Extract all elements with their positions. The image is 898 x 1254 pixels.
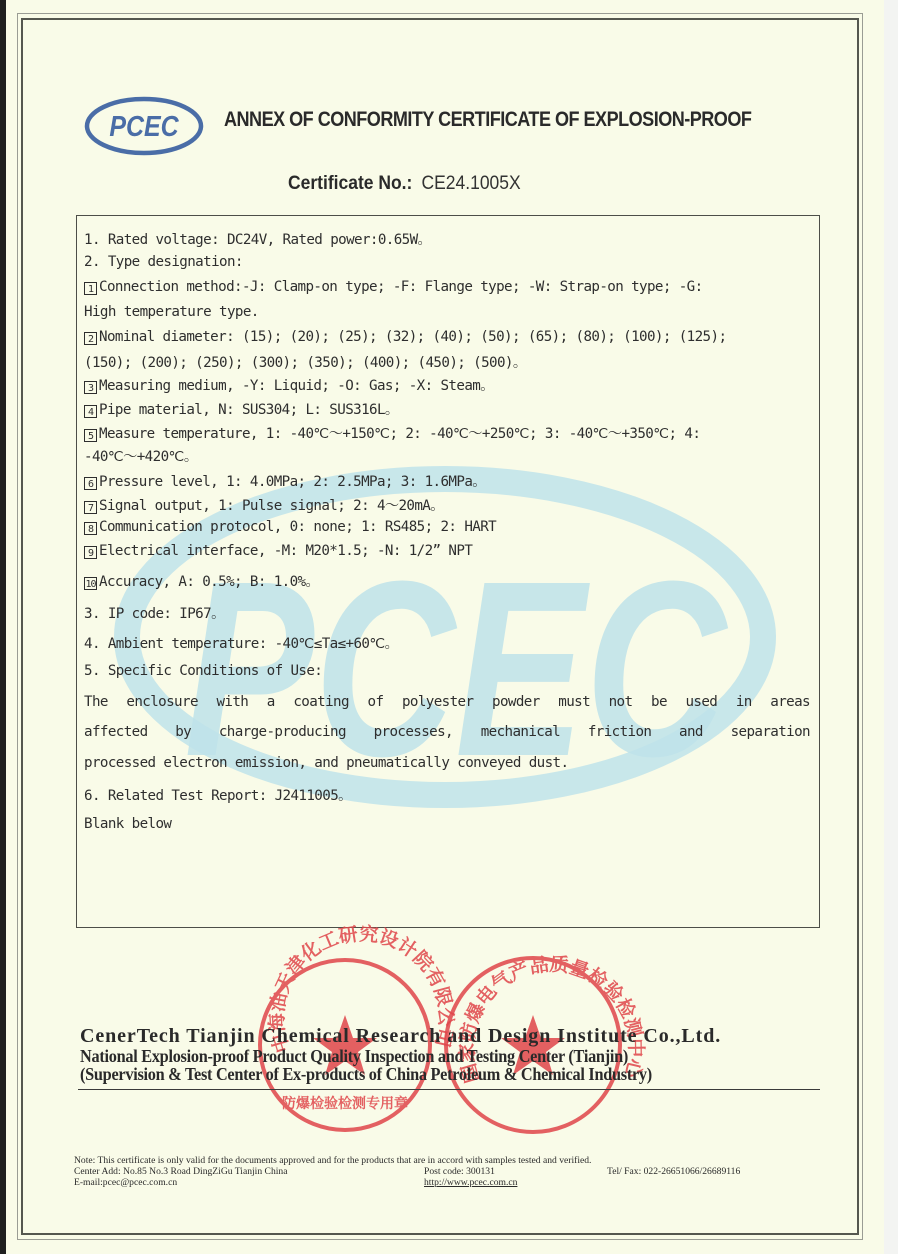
designation-accuracy: 10Accuracy, A: 0.5%; B: 1.0%。	[84, 571, 319, 591]
designation-measure-temperature: 5Measure temperature, 1: -40℃～+150℃; 2: …	[84, 423, 700, 443]
specific-conditions-text-3: processed electron emission, and pneumat…	[84, 755, 568, 771]
number-box-icon: 5	[84, 429, 97, 442]
blank-below-note: Blank below	[84, 816, 171, 832]
specific-conditions-heading: 5. Specific Conditions of Use:	[84, 663, 322, 679]
number-box-icon: 1	[84, 282, 97, 295]
number-box-icon: 7	[84, 501, 97, 514]
email: E-mail:pcec@pcec.com.cn	[74, 1177, 177, 1188]
validity-note: Note: This certificate is only valid for…	[74, 1155, 591, 1166]
certificate-number-row: Certificate No.:CE24.1005X	[288, 173, 521, 195]
designation-nominal-diameter: 2Nominal diameter: (15); (20); (25); (32…	[84, 329, 726, 345]
logo-text: PCEC	[109, 110, 179, 142]
ambient-temperature-line: 4. Ambient temperature: -40℃≤Ta≤+60℃。	[84, 633, 398, 653]
designation-connection-method-cont: High temperature type.	[84, 304, 259, 320]
designation-pipe-material: 4Pipe material, N: SUS304; L: SUS316L。	[84, 399, 399, 419]
specific-conditions-text-2: affected by charge-producing processes, …	[84, 724, 810, 740]
number-box-icon: 9	[84, 546, 97, 559]
pcec-logo-icon: PCEC	[83, 96, 205, 156]
number-box-icon: 10	[84, 577, 97, 590]
designation-measuring-medium: 3Measuring medium, -Y: Liquid; -O: Gas; …	[84, 375, 494, 395]
website-link[interactable]: http://www.pcec.com.cn	[424, 1177, 517, 1188]
certificate-number: CE24.1005X	[422, 173, 521, 194]
center-address: Center Add: No.85 No.3 Road DingZiGu Tia…	[74, 1166, 287, 1177]
right-edge-strip	[884, 0, 898, 1254]
certificate-number-label: Certificate No.:	[288, 173, 412, 194]
designation-connection-method: 1Connection method:-J: Clamp-on type; -F…	[84, 279, 703, 295]
number-box-icon: 2	[84, 332, 97, 345]
designation-pressure-level: 6Pressure level, 1: 4.0MPa; 2: 2.5MPa; 3…	[84, 471, 486, 491]
designation-electrical-interface: 9Electrical interface, -M: M20*1.5; -N: …	[84, 543, 472, 559]
number-box-icon: 4	[84, 405, 97, 418]
designation-communication-protocol: 8Communication protocol, 0: none; 1: RS4…	[84, 519, 496, 535]
designation-measure-temperature-cont: -40℃～+420℃。	[84, 446, 197, 466]
document-title: ANNEX OF CONFORMITY CERTIFICATE OF EXPLO…	[224, 108, 751, 132]
number-box-icon: 8	[84, 522, 97, 535]
issuer-block: CenerTech Tianjin Chemical Research and …	[80, 1025, 800, 1085]
ip-code-line: 3. IP code: IP67。	[84, 603, 225, 623]
company-name: CenerTech Tianjin Chemical Research and …	[80, 1025, 800, 1048]
tel-fax: Tel/ Fax: 022-26651066/26689116	[607, 1166, 740, 1177]
issuer-divider	[78, 1089, 820, 1090]
number-box-icon: 6	[84, 477, 97, 490]
post-code: Post code: 300131	[424, 1166, 495, 1177]
designation-signal-output: 7Signal output, 1: Pulse signal; 2: 4～20…	[84, 495, 444, 515]
related-test-report-line: 6. Related Test Report: J2411005。	[84, 785, 352, 805]
number-box-icon: 3	[84, 381, 97, 394]
designation-nominal-diameter-cont: (150); (200); (250); (300); (350); (400)…	[84, 352, 526, 372]
supervision-center-name: (Supervision & Test Center of Ex-product…	[80, 1064, 750, 1085]
specific-conditions-text-1: The enclosure with a coating of polyeste…	[84, 694, 810, 710]
footer: Note: This certificate is only valid for…	[74, 1155, 814, 1188]
type-designation-heading: 2. Type designation:	[84, 254, 243, 270]
rated-voltage-line: 1. Rated voltage: DC24V, Rated power:0.6…	[84, 229, 431, 249]
